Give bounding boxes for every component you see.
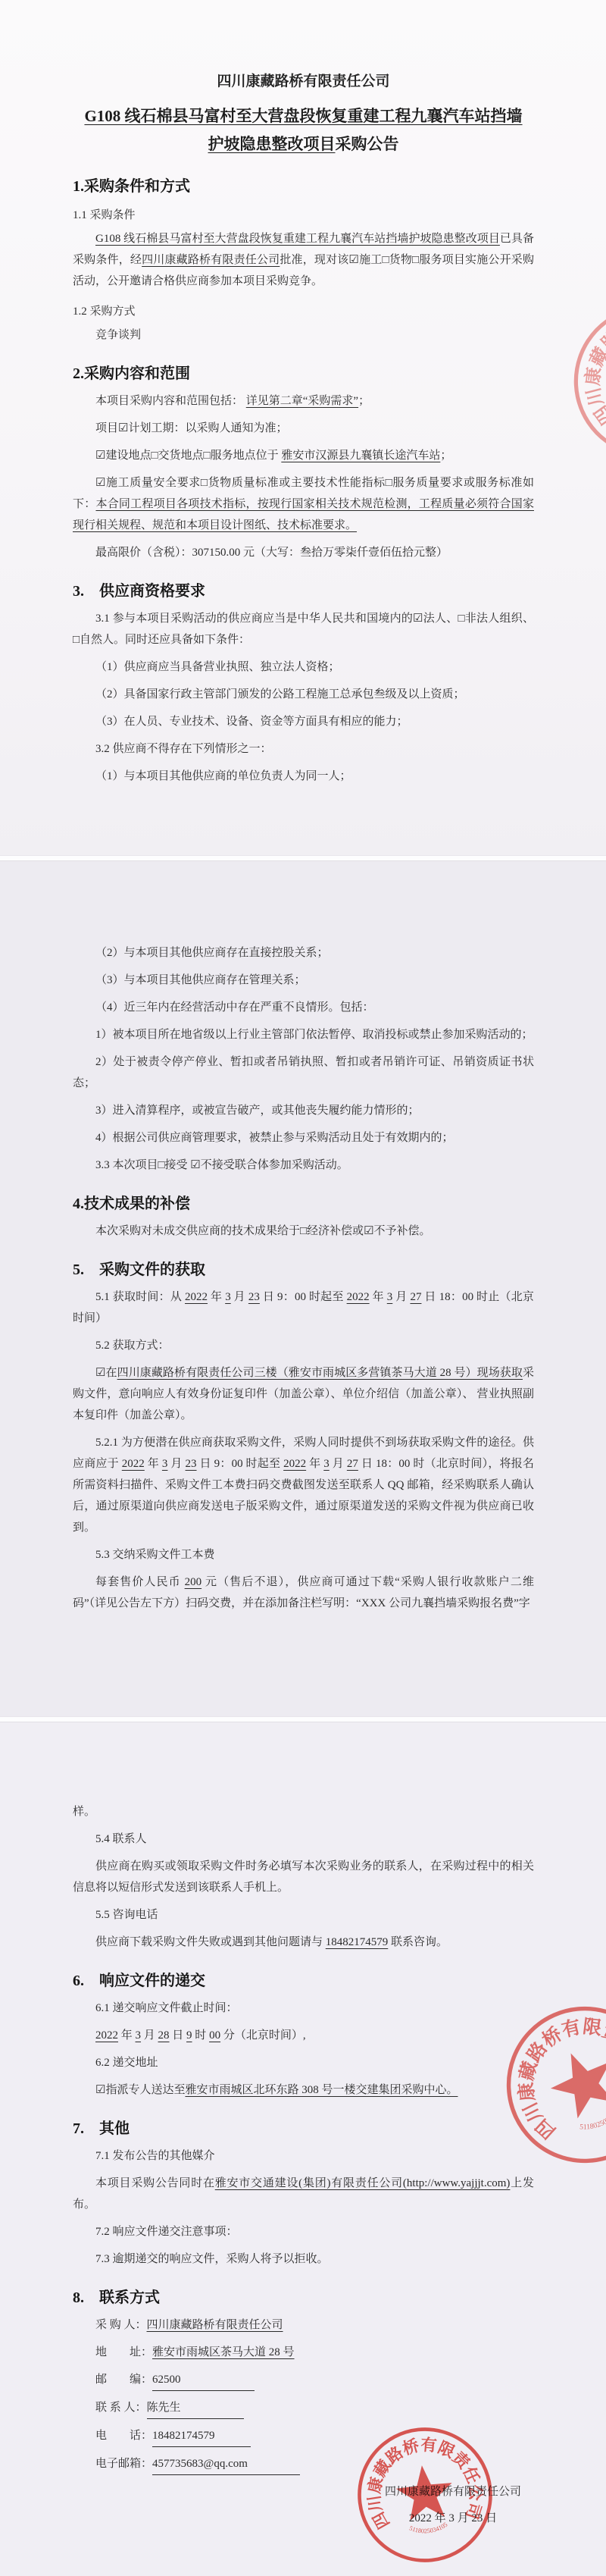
text-run: ； <box>358 395 370 407</box>
section-heading: 5. 采购文件的获取 <box>73 1257 534 1279</box>
text-run: 3.1 参与本项目采购活动的供应商应当是中华人民共和国境内的☑法人、□非法人组织… <box>73 613 534 646</box>
underlined-text: G108 线石棉县马富村至大营盘段恢复重建工程九襄汽车站挡墙 <box>84 107 522 125</box>
text-run: ； <box>440 450 451 462</box>
underlined-text: 3 <box>136 2029 142 2042</box>
text-run: 6.2 递交地址 <box>95 2057 158 2069</box>
paragraph: 1）被本项目所在地省级以上行业主管部门依法暂停、取消投标或禁止参加采购活动的； <box>73 1024 534 1045</box>
underlined-text: 200 <box>185 1576 202 1588</box>
text-run: 日 <box>170 2029 187 2042</box>
text-run: 1.采购条件和方式 <box>73 178 190 195</box>
company-seal-stamp-partial: 四川康藏路桥有限责任公司5118025034105 <box>555 287 606 475</box>
underlined-text: 2022 <box>347 1291 370 1303</box>
underlined-text: 27 <box>410 1291 421 1303</box>
text-run: 3.3 本次项目□接受 ☑不接受联合体参加采购活动。 <box>95 1159 348 1171</box>
text-run: 日 9：00 时起至 <box>197 1458 284 1470</box>
paragraph: 6.1 递交响应文件截止时间： <box>73 1998 534 2019</box>
underlined-text: 雅安市雨城区北环东路 308 号一楼交建集团采购中心。 <box>185 2084 458 2096</box>
text-run: 5.2 获取方式： <box>95 1340 170 1352</box>
underlined-text: 雅安市雨城区茶马大道 28 号 <box>152 2346 295 2358</box>
paragraph: ☑指派专人送达至雅安市雨城区北环东路 308 号一楼交建集团采购中心。 <box>73 2079 534 2101</box>
text-run: 电 话： <box>95 2430 152 2442</box>
contact-address: 地 址：雅安市雨城区茶马大道 28 号 <box>73 2342 534 2363</box>
paragraph: 7.1 发布公告的其他媒介 <box>73 2145 534 2167</box>
text-run: 月 <box>167 1458 185 1470</box>
doc-title-line: G108 线石棉县马富村至大营盘段恢复重建工程九襄汽车站挡墙 <box>73 102 534 130</box>
page-divider <box>0 855 606 861</box>
text-run: 3）进入清算程序，或被宣告破产，或其他丧失履约能力情形的； <box>95 1105 420 1117</box>
text-run: （1）供应商应当具备营业执照、独立法人资格； <box>95 661 340 673</box>
text-run: 年 <box>118 2029 136 2042</box>
seal-company-arc-text: 四川康藏路桥有限责任公司 <box>570 302 606 431</box>
underlined-text: 23 <box>186 1458 197 1470</box>
section-heading: 1.采购条件和方式 <box>73 174 534 196</box>
paragraph: 3）进入清算程序，或被宣告破产，或其他丧失履约能力情形的； <box>73 1100 534 1121</box>
text-run: （1）与本项目其他供应商的单位负责人为同一人； <box>95 770 351 782</box>
paragraph: 5.4 联系人 <box>73 1829 534 1850</box>
text-run: 四川康藏路桥有限责任公司 <box>217 74 389 89</box>
text-run: （4）近三年内在经营活动中存在严重不良情形。包括： <box>95 1001 374 1014</box>
text-run: ☑建设地点□交货地点□服务地点位于 <box>95 450 281 462</box>
underlined-text: 2022 <box>185 1291 208 1303</box>
text-run: 1）被本项目所在地省级以上行业主管部门依法暂停、取消投标或禁止参加采购活动的； <box>95 1029 533 1041</box>
text-run: 7. 其他 <box>73 2120 130 2137</box>
text-run: 本项目采购公告同时在 <box>95 2177 215 2189</box>
paragraph: 7.2 响应文件递交注意事项： <box>73 2221 534 2242</box>
paragraph: 3.1 参与本项目采购活动的供应商应当是中华人民共和国境内的☑法人、□非法人组织… <box>73 608 534 650</box>
underlined-text: 2022 <box>283 1458 306 1470</box>
text-run: 4.技术成果的补偿 <box>73 1196 190 1212</box>
text-run: 5. 采购文件的获取 <box>73 1261 205 1278</box>
underlined-text: 陈先生 <box>147 2397 244 2419</box>
text-run: （3）与本项目其他供应商存在管理关系； <box>95 974 306 986</box>
text-run: 本项目采购内容和范围包括： <box>95 395 246 407</box>
text-run: 8. 联系方式 <box>73 2289 160 2306</box>
underlined-text: 雅安市交通建设(集团)有限责任公司(http://www.yajjjt.com) <box>215 2177 511 2189</box>
text-run: 四川康藏路桥有限责任公司 <box>385 2486 521 2498</box>
section-heading: 2.采购内容和范围 <box>73 361 534 383</box>
text-run: 供应商下载采购文件失败或遇到其他问题请与 <box>95 1936 326 1948</box>
underlined-text: 00 <box>209 2029 220 2042</box>
document-scan: { "document_title": "四川康藏路桥有限责任公司G108线石棉… <box>0 0 606 2576</box>
paragraph: （3）在人员、专业技术、设备、资金等方面具有相应的能力； <box>73 711 534 732</box>
text-run: 5.1 获取时间：从 <box>95 1291 185 1303</box>
text-run: 5.4 联系人 <box>95 1833 147 1845</box>
text-run: 月 <box>231 1291 248 1303</box>
text-run: 7.2 响应文件递交注意事项： <box>95 2226 238 2238</box>
signature-company: 四川康藏路桥有限责任公司 <box>377 2481 529 2502</box>
page-divider <box>0 1716 606 1722</box>
text-run: （2）具备国家行政主管部门颁发的公路工程施工总承包叁级及以上资质； <box>95 688 465 700</box>
paragraph: （1）供应商应当具备营业执照、独立法人资格； <box>73 657 534 678</box>
text-run: 3.2 供应商不得存在下列情形之一： <box>95 743 272 755</box>
underlined-text: 2022 <box>95 2029 118 2042</box>
paragraph: 最高限价（含税）：307150.00 元（大写：叁拾万零柒仟壹佰伍拾元整） <box>73 542 534 563</box>
underlined-text: 四川康藏路桥有限责任公司 <box>147 2319 283 2331</box>
underlined-text: 18482174579 <box>326 1936 389 1948</box>
paragraph: 5.1 获取时间：从 2022 年 3 月 23 日 9：00 时起至 2022… <box>73 1286 534 1329</box>
doc-title-company: 四川康藏路桥有限责任公司 <box>73 70 534 90</box>
text-run: 2）处于被责令停产停业、暂扣或者吊销执照、暂扣或者吊销许可证、吊销资质证书状态； <box>73 1056 534 1089</box>
text-run: 7.3 逾期递交的响应文件，采购人将予以拒收。 <box>95 2253 329 2265</box>
underlined-text: 23 <box>248 1291 260 1303</box>
text-run: 5.5 咨询电话 <box>95 1909 158 1921</box>
underlined-text: 457735683@qq.com <box>152 2453 300 2475</box>
subsection-heading: 1.1 采购条件 <box>73 206 534 222</box>
text-run: （2）与本项目其他供应商存在直接控股关系； <box>95 947 329 959</box>
text-run: 采购公告 <box>336 135 399 153</box>
paragraph: 5.3 交纳采购文件工本费 <box>73 1544 534 1565</box>
text-run: 4）根据公司供应商管理要求，被禁止参与采购活动且处于有效期内的； <box>95 1132 454 1144</box>
paragraph: 项目☑计划工期：以采购人通知为准； <box>73 418 534 439</box>
paragraph: （3）与本项目其他供应商存在管理关系； <box>73 970 534 991</box>
text-run: 联系咨询。 <box>388 1936 448 1948</box>
text-run: 采 购 人： <box>95 2319 147 2331</box>
paragraph: 供应商在购买或领取采购文件时务必填写本次采购业务的联系人，在采购过程中的相关信息… <box>73 1856 534 1898</box>
underlined-text: 雅安市汉源县九襄镇长途汽车站 <box>281 450 440 462</box>
contact-email: 电子邮箱： 457735683@qq.com <box>73 2453 534 2475</box>
paragraph: 供应商下载采购文件失败或遇到其他问题请与 18482174579 联系咨询。 <box>73 1932 534 1953</box>
contact-purchaser: 采 购 人：四川康藏路桥有限责任公司 <box>73 2314 534 2336</box>
paragraph: ☑在四川康藏路桥有限责任公司三楼（雅安市雨城区多营镇茶马大道 28 号）现场获取… <box>73 1362 534 1426</box>
seal-ring <box>562 293 606 469</box>
paragraph: 4）根据公司供应商管理要求，被禁止参与采购活动且处于有效期内的； <box>73 1127 534 1149</box>
text-run: 2022 年 3 月 23 日 <box>409 2512 497 2524</box>
text-run: 1.2 采购方式 <box>73 306 136 318</box>
contact-postcode: 邮 编： 62500 <box>73 2369 534 2391</box>
text-run: 5.3 交纳采购文件工本费 <box>95 1549 215 1561</box>
text-run: 2.采购内容和范围 <box>73 365 190 382</box>
paragraph: ☑施工质量安全要求□货物质量标准或主要技术性能指标□服务质量要求或服务标准如下：… <box>73 472 534 536</box>
text-run: ☑指派专人送达至 <box>95 2084 185 2096</box>
document-page-1: 四川康藏路桥有限责任公司G108 线石棉县马富村至大营盘段恢复重建工程九襄汽车站… <box>0 0 606 855</box>
paragraph: 样。 <box>73 1801 534 1822</box>
text-run: 时 <box>192 2029 210 2042</box>
contact-person: 联 系 人： 陈先生 <box>73 2397 534 2419</box>
underlined-text: 详见第二章“采购需求” <box>246 395 358 407</box>
text-run: 6.1 递交响应文件截止时间： <box>95 2002 238 2014</box>
text-run: 分（北京时间）, <box>220 2029 306 2042</box>
seal-star-icon <box>541 2040 606 2123</box>
paragraph: （4）近三年内在经营活动中存在严重不良情形。包括： <box>73 997 534 1018</box>
underlined-text: 62500 <box>152 2369 255 2391</box>
text-run: 日 9：00 时起至 <box>260 1291 347 1303</box>
paragraph: 3.2 供应商不得存在下列情形之一： <box>73 738 534 760</box>
paragraph: 本次采购对未成交供应商的技术成果给于□经济补偿或☑不予补偿。 <box>73 1221 534 1242</box>
underlined-text: 3 <box>323 1458 330 1470</box>
seal-graphic: 四川康藏路桥有限责任公司5118025034105 <box>555 287 606 475</box>
subsection-heading: 1.2 采购方式 <box>73 302 534 318</box>
document-page-2: （2）与本项目其他供应商存在直接控股关系；（3）与本项目其他供应商存在管理关系；… <box>0 861 606 1716</box>
paragraph: （2）具备国家行政主管部门颁发的公路工程施工总承包叁级及以上资质； <box>73 684 534 705</box>
underlined-text: 2022 <box>122 1458 145 1470</box>
page-2-content: （2）与本项目其他供应商存在直接控股关系；（3）与本项目其他供应商存在管理关系；… <box>73 942 534 1614</box>
text-run: 月 <box>141 2029 158 2042</box>
paragraph: （1）与本项目其他供应商的单位负责人为同一人； <box>73 766 534 787</box>
underlined-text: 27 <box>347 1458 358 1470</box>
paragraph: 本项目采购内容和范围包括： 详见第二章“采购需求”； <box>73 390 534 412</box>
text-run: 邮 编： <box>95 2374 152 2386</box>
text-run: 电子邮箱： <box>95 2458 152 2470</box>
text-run: 项目☑计划工期：以采购人通知为准； <box>95 422 287 434</box>
seal-serial-number: 5118025034105 <box>576 2105 606 2137</box>
text-run: 供应商在购买或领取采购文件时务必填写本次采购业务的联系人，在采购过程中的相关信息… <box>73 1860 534 1894</box>
paragraph: 3.3 本次项目□接受 ☑不接受联合体参加采购活动。 <box>73 1155 534 1176</box>
text-run: （3）在人员、专业技术、设备、资金等方面具有相应的能力； <box>95 716 408 728</box>
text-run: 6. 响应文件的递交 <box>73 1973 205 1989</box>
text-run: ☑在 <box>95 1367 117 1379</box>
text-run: 月 <box>392 1291 410 1303</box>
paragraph: 本项目采购公告同时在雅安市交通建设(集团)有限责任公司(http://www.y… <box>73 2173 534 2215</box>
section-heading: 3. 供应商资格要求 <box>73 578 534 600</box>
page-1-content: 四川康藏路桥有限责任公司G108 线石棉县马富村至大营盘段恢复重建工程九襄汽车站… <box>73 70 534 787</box>
procurement-notice-document: 四川康藏路桥有限责任公司G108 线石棉县马富村至大营盘段恢复重建工程九襄汽车站… <box>0 0 606 2576</box>
signature-date: 2022 年 3 月 23 日 <box>377 2508 529 2529</box>
paragraph: 每套售价人民币 200 元（售后不退），供应商可通过下载“采购人银行收款账户二维… <box>73 1572 534 1614</box>
underlined-text: 18482174579 <box>152 2425 251 2447</box>
text-run: 最高限价（含税）：307150.00 元（大写：叁拾万零柒仟壹佰伍拾元整） <box>95 547 448 559</box>
text-run: 竞争谈判 <box>95 329 141 341</box>
text-run: 本次采购对未成交供应商的技术成果给于□经济补偿或☑不予补偿。 <box>95 1225 431 1237</box>
underlined-text: 四川康藏路桥有限责任公司三楼（雅安市雨城区多营镇茶马大道 28 号）现场获取 <box>117 1367 523 1379</box>
text-run: 地 址： <box>95 2346 152 2358</box>
text-run: 年 <box>145 1458 162 1470</box>
paragraph: 5.2.1 为方便潜在供应商获取采购文件，采购人同时提供不到场获取采购文件的途径… <box>73 1432 534 1538</box>
paragraph: 7.3 逾期递交的响应文件，采购人将予以拒收。 <box>73 2249 534 2270</box>
paragraph: 2022 年 3 月 28 日 9 时 00 分（北京时间）, <box>73 2025 534 2046</box>
paragraph: 2）处于被责令停产停业、暂扣或者吊销执照、暂扣或者吊销许可证、吊销资质证书状态； <box>73 1051 534 1094</box>
text-run: 月 <box>330 1458 347 1470</box>
document-page-3: 样。5.4 联系人供应商在购买或领取采购文件时务必填写本次采购业务的联系人，在采… <box>0 1722 606 2576</box>
underlined-text: 3 <box>225 1291 231 1303</box>
paragraph: （2）与本项目其他供应商存在直接控股关系； <box>73 942 534 964</box>
paragraph: 竞争谈判 <box>73 324 534 346</box>
underlined-text: 28 <box>158 2029 170 2042</box>
section-heading: 7. 其他 <box>73 2116 534 2138</box>
text-run: 联 系 人： <box>95 2402 147 2414</box>
underlined-text: G108 线石棉县马富村至大营盘段恢复重建工程九襄汽车站挡墙护坡隐患整改项目 <box>95 233 500 245</box>
section-heading: 6. 响应文件的递交 <box>73 1968 534 1990</box>
section-heading: 8. 联系方式 <box>73 2285 534 2307</box>
contact-phone: 电 话：18482174579 <box>73 2425 534 2447</box>
text-run: 7.1 发布公告的其他媒介 <box>95 2150 215 2162</box>
text-run: 3. 供应商资格要求 <box>73 583 205 600</box>
text-run: 年 <box>370 1291 387 1303</box>
paragraph: 5.2 获取方式： <box>73 1335 534 1356</box>
text-run: 每套售价人民币 <box>95 1576 185 1588</box>
text-run: 样。 <box>73 1806 95 1818</box>
text-run: 年 <box>208 1291 225 1303</box>
paragraph: ☑建设地点□交货地点□服务地点位于 雅安市汉源县九襄镇长途汽车站； <box>73 445 534 466</box>
section-heading: 4.技术成果的补偿 <box>73 1191 534 1213</box>
text-run: 1.1 采购条件 <box>73 209 136 221</box>
underlined-text: 9 <box>186 2029 192 2042</box>
paragraph: 6.2 递交地址 <box>73 2052 534 2073</box>
underlined-text: 四川康藏路桥有限责任公司 <box>142 254 280 266</box>
doc-title-line: 护坡隐患整改项目采购公告 <box>73 130 534 158</box>
paragraph: 5.5 咨询电话 <box>73 1904 534 1926</box>
underlined-text: 护坡隐患整改项目 <box>208 135 336 153</box>
paragraph: G108 线石棉县马富村至大营盘段恢复重建工程九襄汽车站挡墙护坡隐患整改项目已具… <box>73 228 534 292</box>
text-run: 年 <box>306 1458 323 1470</box>
underlined-text: 本合同工程项目各项技术指标，按现行国家相关技术规范检测，工程质量必须符合国家现行… <box>73 498 534 531</box>
page-3-content: 样。5.4 联系人供应商在购买或领取采购文件时务必填写本次采购业务的联系人，在采… <box>73 1801 534 2529</box>
